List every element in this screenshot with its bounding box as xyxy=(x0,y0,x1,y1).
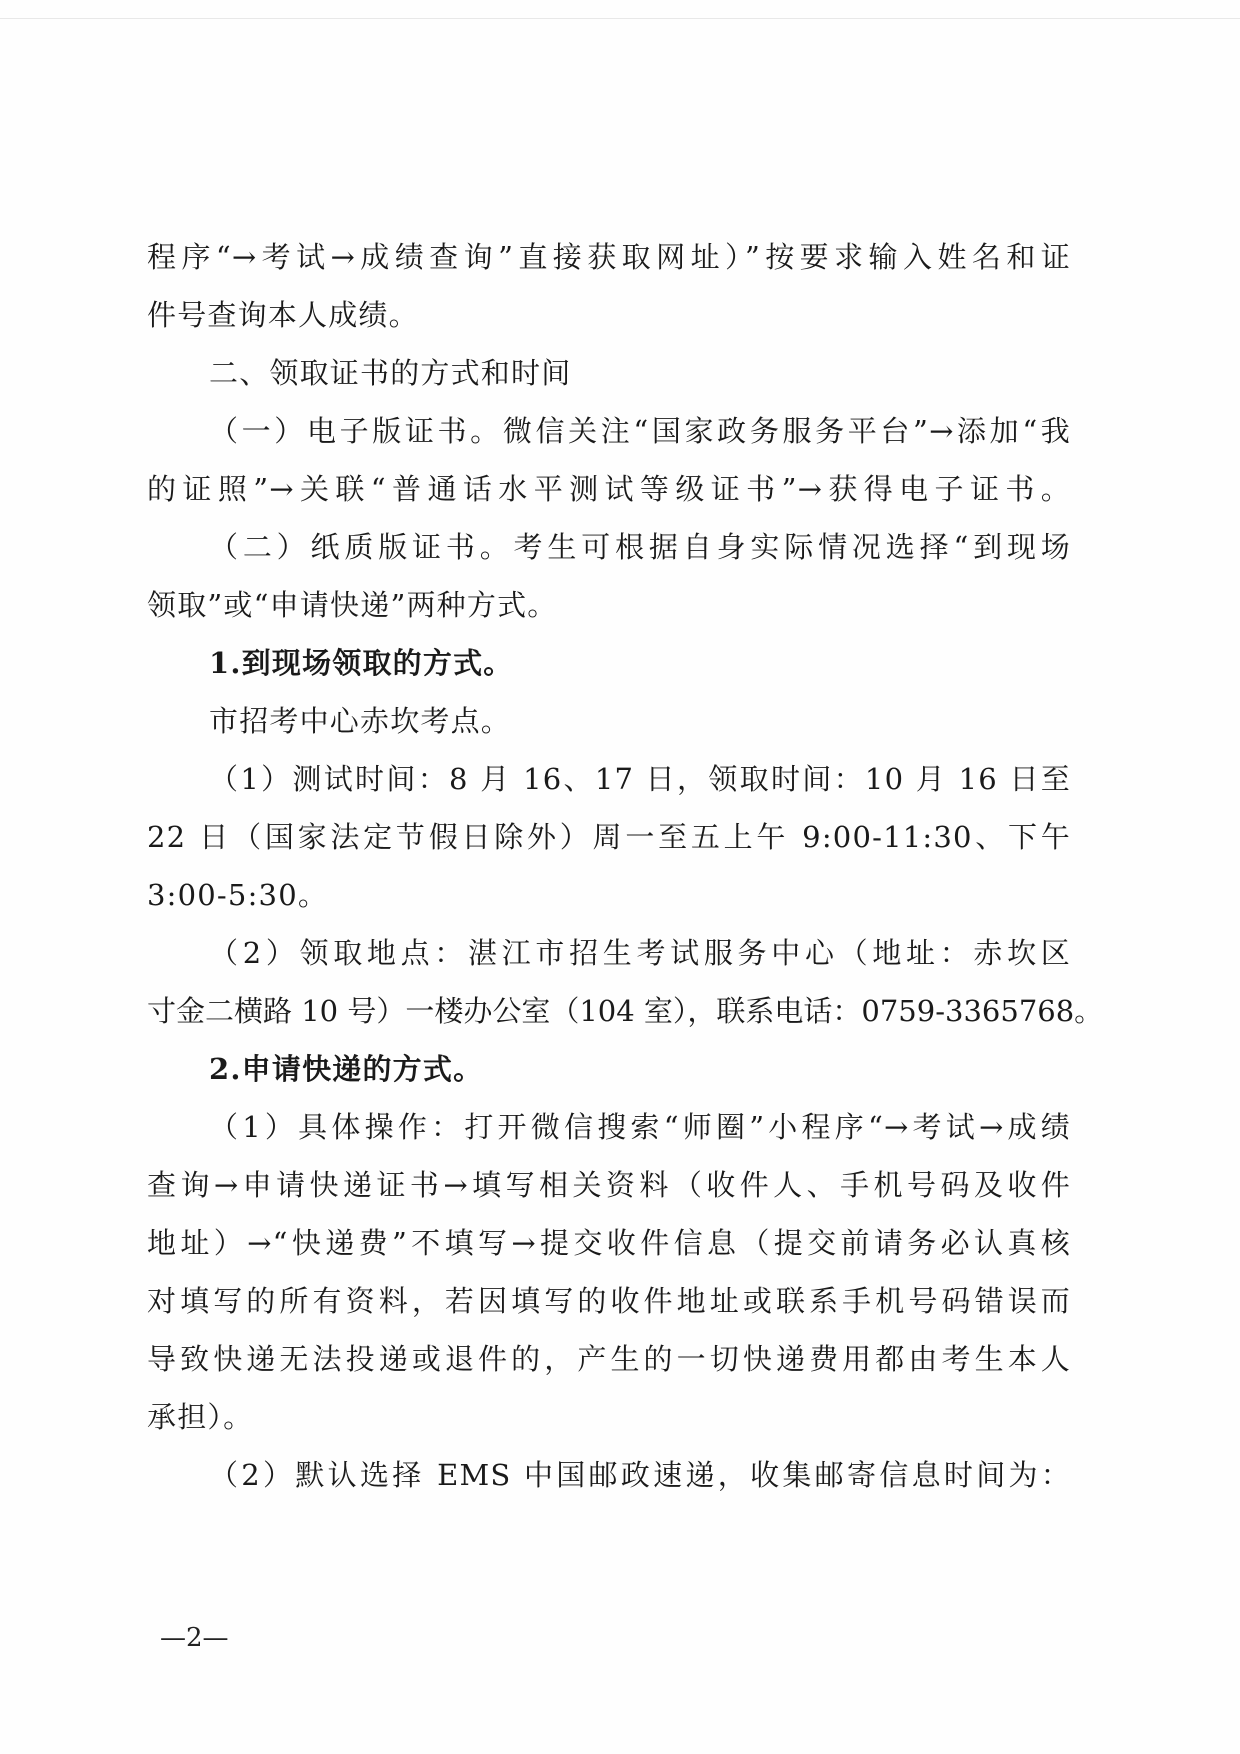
paragraph-line: 寸金二横路 10 号）一楼办公室（104 室），联系电话：0759-336576… xyxy=(147,982,1071,1040)
paragraph-line: （1）具体操作：打开微信搜索“师圈”小程序“→考试→成绩 xyxy=(147,1098,1071,1156)
paragraph-line: （1）测试时间：8 月 16、17 日，领取时间：10 月 16 日至 xyxy=(147,750,1071,808)
scan-artifact-line xyxy=(0,18,1240,19)
paragraph-line: （二）纸质版证书。考生可根据自身实际情况选择“到现场 xyxy=(147,518,1071,576)
subsection-heading: 1.到现场领取的方式。 xyxy=(147,634,1071,692)
subsection-heading: 2.申请快递的方式。 xyxy=(147,1040,1071,1098)
paragraph-line: 导致快递无法投递或退件的，产生的一切快递费用都由考生本人 xyxy=(147,1330,1071,1388)
paragraph-line: 查询→申请快递证书→填写相关资料（收件人、手机号码及收件 xyxy=(147,1156,1071,1214)
paragraph-line: （一）电子版证书。微信关注“国家政务服务平台”→添加“我 xyxy=(147,402,1071,460)
document-body: 程序“→考试→成绩查询”直接获取网址）”按要求输入姓名和证 件号查询本人成绩。 … xyxy=(147,228,1071,1504)
paragraph-line: 领取”或“申请快递”两种方式。 xyxy=(147,576,1071,634)
paragraph-line: 的证照”→关联“普通话水平测试等级证书”→获得电子证书。 xyxy=(147,460,1071,518)
document-page: 程序“→考试→成绩查询”直接获取网址）”按要求输入姓名和证 件号查询本人成绩。 … xyxy=(0,0,1240,1754)
paragraph-line: 程序“→考试→成绩查询”直接获取网址）”按要求输入姓名和证 xyxy=(147,228,1071,286)
paragraph-line: （2）默认选择 EMS 中国邮政速递，收集邮寄信息时间为： xyxy=(147,1446,1071,1504)
paragraph-line: 3:00-5:30。 xyxy=(147,866,1071,924)
paragraph-line: 市招考中心赤坎考点。 xyxy=(147,692,1071,750)
page-number: —2— xyxy=(160,1623,229,1653)
paragraph-line: 地址）→“快递费”不填写→提交收件信息（提交前请务必认真核 xyxy=(147,1214,1071,1272)
paragraph-line: （2）领取地点：湛江市招生考试服务中心（地址：赤坎区 xyxy=(147,924,1071,982)
paragraph-line: 件号查询本人成绩。 xyxy=(147,286,1071,344)
paragraph-line: 对填写的所有资料，若因填写的收件地址或联系手机号码错误而 xyxy=(147,1272,1071,1330)
section-heading: 二、领取证书的方式和时间 xyxy=(147,344,1071,402)
paragraph-line: 承担）。 xyxy=(147,1388,1071,1446)
paragraph-line: 22 日（国家法定节假日除外）周一至五上午 9:00-11:30、下午 xyxy=(147,808,1071,866)
